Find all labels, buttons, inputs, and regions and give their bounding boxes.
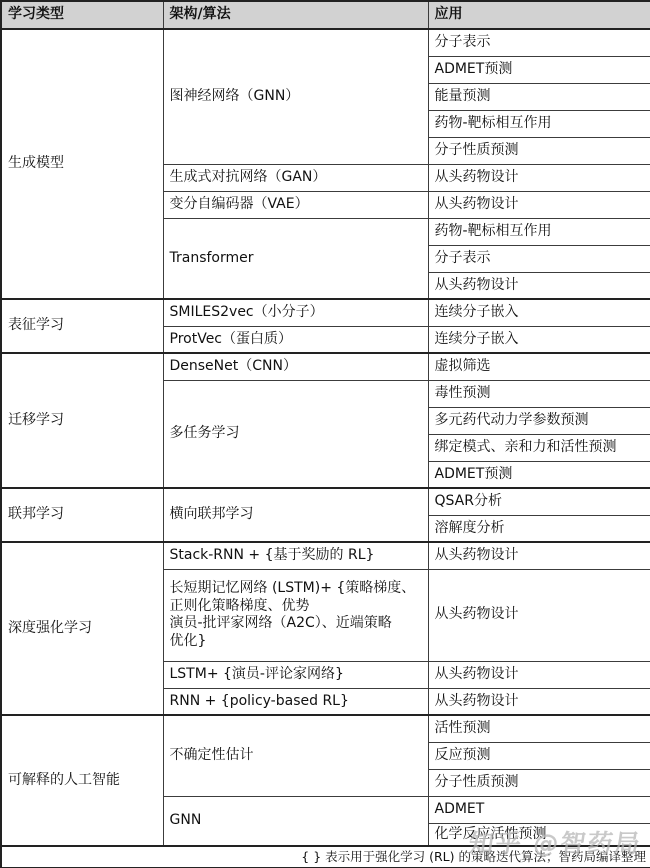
header-application: 应用 <box>428 1 650 29</box>
footnote-row: { } 表示用于强化学习 (RL) 的策略迭代算法；智药局编译整理 <box>1 846 650 868</box>
application-cell: 溶解度分析 <box>428 515 650 542</box>
application-cell: ADMET预测 <box>428 56 650 83</box>
architecture-cell: SMILES2vec（小分子） <box>163 299 428 326</box>
application-cell: 从头药物设计 <box>428 272 650 299</box>
table-header: 学习类型 架构/算法 应用 <box>1 1 650 29</box>
application-cell: 能量预测 <box>428 83 650 110</box>
application-cell: 从头药物设计 <box>428 164 650 191</box>
header-row: 学习类型 架构/算法 应用 <box>1 1 650 29</box>
architecture-cell: 变分自编码器（VAE） <box>163 191 428 218</box>
application-cell: 连续分子嵌入 <box>428 299 650 326</box>
architecture-cell: 不确定性估计 <box>163 715 428 796</box>
table-row: 可解释的人工智能 不确定性估计 活性预测 <box>1 715 650 742</box>
learning-type-cell: 迁移学习 <box>1 353 163 488</box>
application-cell: 活性预测 <box>428 715 650 742</box>
architecture-cell: LSTM+ {演员-评论家网络} <box>163 661 428 688</box>
learning-type-cell: 表征学习 <box>1 299 163 353</box>
architecture-cell: 横向联邦学习 <box>163 488 428 542</box>
application-cell: 从头药物设计 <box>428 191 650 218</box>
learning-type-cell: 生成模型 <box>1 29 163 299</box>
table-row: 生成模型 图神经网络（GNN） 分子表示 <box>1 29 650 56</box>
application-cell: ADMET <box>428 796 650 823</box>
application-cell: 药物-靶标相互作用 <box>428 218 650 245</box>
application-cell: ADMET预测 <box>428 461 650 488</box>
architecture-cell: RNN + {policy-based RL} <box>163 688 428 715</box>
application-cell: 毒性预测 <box>428 380 650 407</box>
application-cell: 从头药物设计 <box>428 661 650 688</box>
table-row: 深度强化学习 Stack-RNN + {基于奖励的 RL} 从头药物设计 <box>1 542 650 569</box>
architecture-cell: 图神经网络（GNN） <box>163 29 428 164</box>
application-cell: 绑定模式、亲和力和活性预测 <box>428 434 650 461</box>
table-row: 联邦学习 横向联邦学习 QSAR分析 <box>1 488 650 515</box>
application-cell: 分子性质预测 <box>428 769 650 796</box>
architecture-cell: 生成式对抗网络（GAN） <box>163 164 428 191</box>
table-row: 表征学习 SMILES2vec（小分子） 连续分子嵌入 <box>1 299 650 326</box>
application-cell: 多元药代动力学参数预测 <box>428 407 650 434</box>
application-cell: 分子性质预测 <box>428 137 650 164</box>
application-cell: QSAR分析 <box>428 488 650 515</box>
architecture-cell: GNN <box>163 796 428 846</box>
ml-drug-discovery-table: 学习类型 架构/算法 应用 生成模型 图神经网络（GNN） 分子表示 ADMET… <box>0 0 650 868</box>
architecture-cell: ProtVec（蛋白质） <box>163 326 428 353</box>
application-cell: 从头药物设计 <box>428 542 650 569</box>
header-learning-type: 学习类型 <box>1 1 163 29</box>
learning-type-cell: 可解释的人工智能 <box>1 715 163 846</box>
application-cell: 虚拟筛选 <box>428 353 650 380</box>
application-cell: 从头药物设计 <box>428 688 650 715</box>
footnote-text: { } 表示用于强化学习 (RL) 的策略迭代算法；智药局编译整理 <box>1 846 650 868</box>
architecture-cell: DenseNet（CNN） <box>163 353 428 380</box>
architecture-cell: 长短期记忆网络 (LSTM)+ {策略梯度、 正则化策略梯度、优势 演员-批评家… <box>163 569 428 661</box>
application-cell: 药物-靶标相互作用 <box>428 110 650 137</box>
learning-type-cell: 联邦学习 <box>1 488 163 542</box>
application-cell: 从头药物设计 <box>428 569 650 661</box>
application-cell: 分子表示 <box>428 29 650 56</box>
application-cell: 分子表示 <box>428 245 650 272</box>
table-row: 迁移学习 DenseNet（CNN） 虚拟筛选 <box>1 353 650 380</box>
header-architecture: 架构/算法 <box>163 1 428 29</box>
architecture-cell: Transformer <box>163 218 428 299</box>
architecture-cell: Stack-RNN + {基于奖励的 RL} <box>163 542 428 569</box>
application-cell: 连续分子嵌入 <box>428 326 650 353</box>
application-cell: 反应预测 <box>428 742 650 769</box>
application-cell: 化学反应活性预测 <box>428 823 650 846</box>
architecture-cell: 多任务学习 <box>163 380 428 488</box>
learning-type-cell: 深度强化学习 <box>1 542 163 715</box>
